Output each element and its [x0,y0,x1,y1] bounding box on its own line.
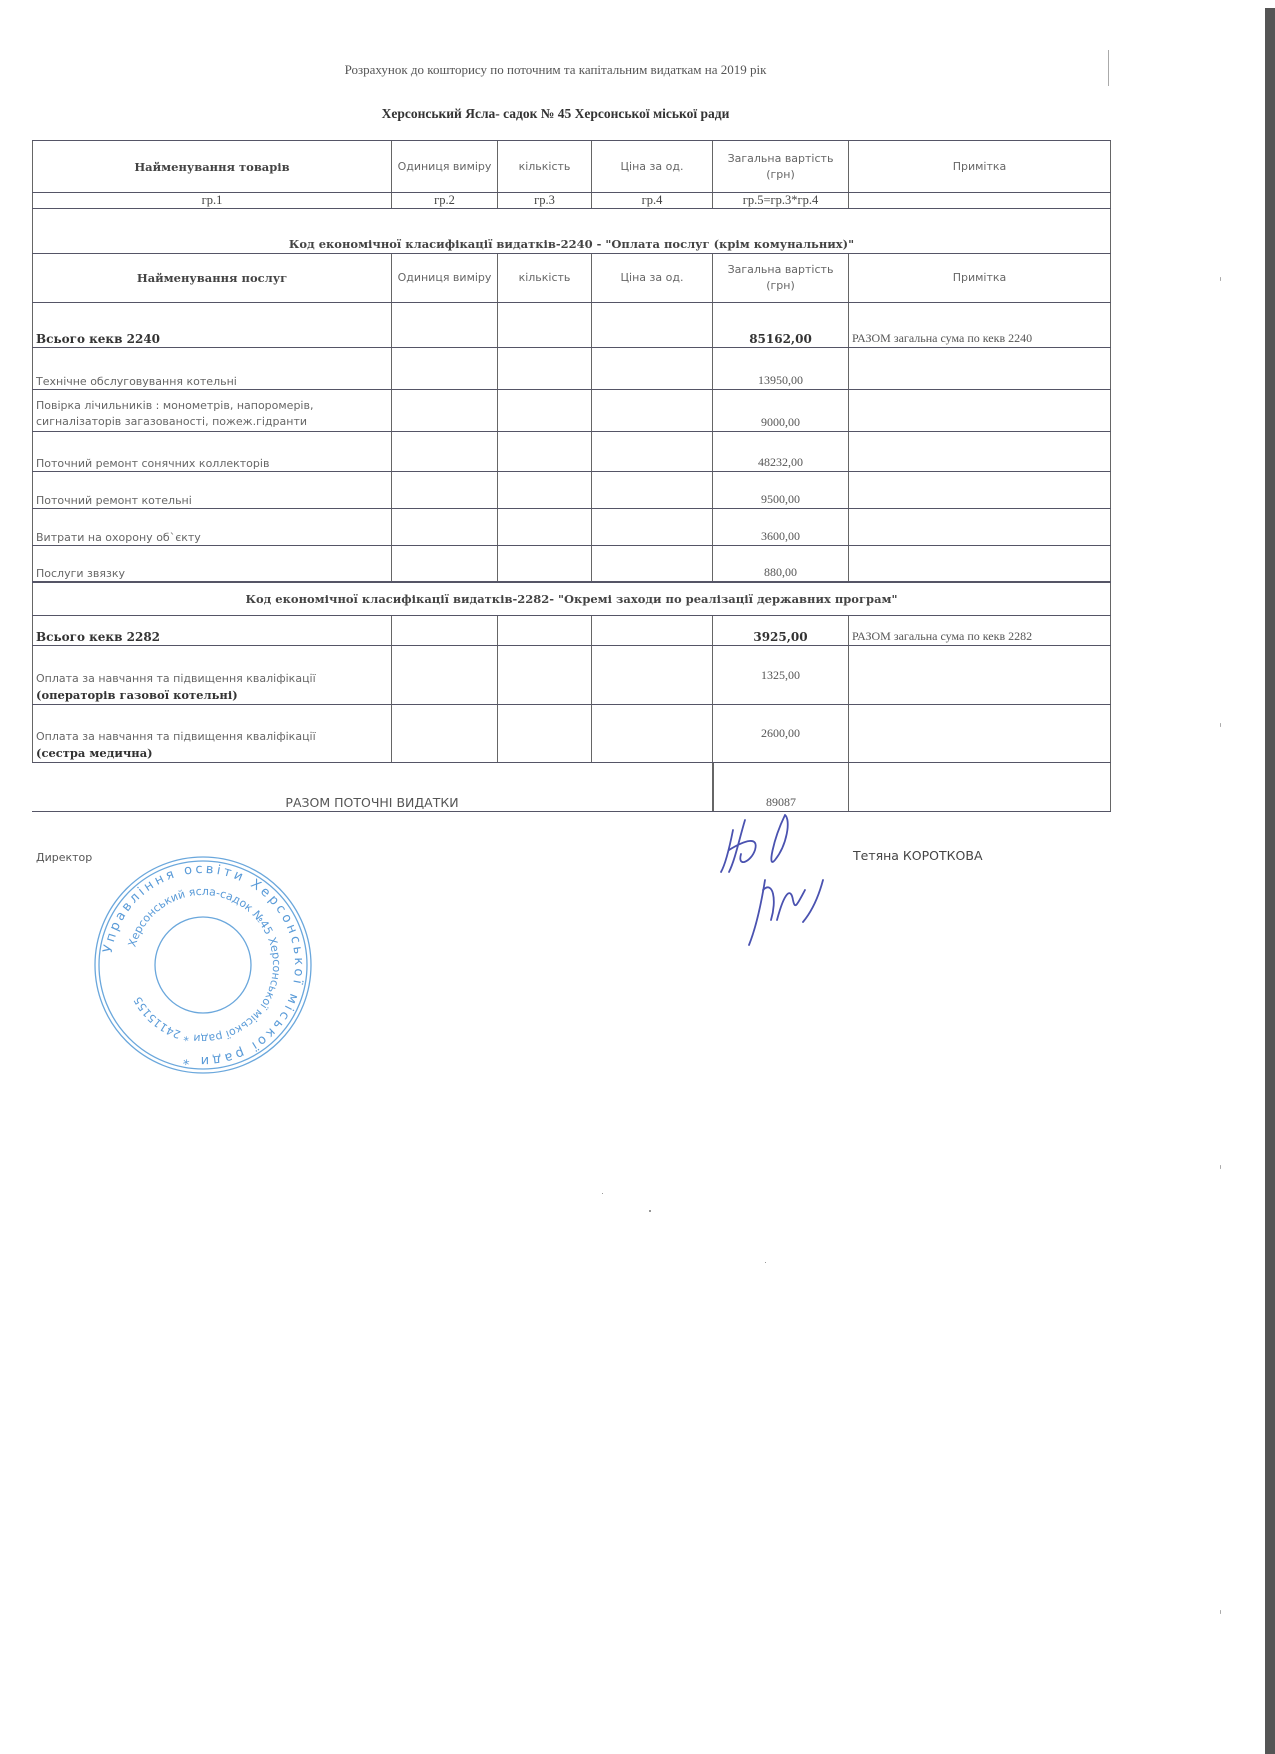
scan-speck [1220,723,1221,727]
item-price [592,390,713,431]
item-unit [392,509,498,545]
subtotal-2282-unit [392,616,498,645]
group-6 [849,193,1111,208]
item-name-line-1: Оплата за навчання та підвищення кваліфі… [36,729,316,745]
item-total: 9500,00 [713,472,849,508]
table-row: Оплата за навчання та підвищення кваліфі… [32,705,1111,763]
section-2240-title: Код економічної класифікації видатків-22… [32,209,1111,253]
item-total: 3600,00 [713,509,849,545]
table-row: Послуги звязку 880,00 [32,546,1111,583]
scan-speck [602,1193,603,1194]
services-header-name: Найменування послуг [32,254,392,302]
item-quantity [498,432,592,471]
item-note [849,646,1111,704]
item-total: 9000,00 [713,390,849,431]
subtotal-2240-note: РАЗОМ загальна сума по кекв 2240 [849,303,1111,347]
item-quantity [498,546,592,581]
item-quantity [498,509,592,545]
item-name-line-2: сигналізаторів загазованості, пожеж.гідр… [36,414,307,430]
item-note [849,390,1111,431]
item-quantity [498,348,592,389]
grand-total-row: РАЗОМ ПОТОЧНІ ВИДАТКИ 89087 [32,763,1111,812]
item-note [849,348,1111,389]
grand-total-note [849,763,1111,811]
group-3: гр.3 [498,193,592,208]
group-row: гр.1 гр.2 гр.3 гр.4 гр.5=гр.3*гр.4 [32,192,1111,209]
scan-speck [1220,277,1221,281]
item-total: 880,00 [713,546,849,581]
item-quantity [498,472,592,508]
item-total: 48232,00 [713,432,849,471]
section-2282-row: Код економічної класифікації видатків-22… [32,583,1111,616]
services-header-price: Ціна за од. [592,254,713,302]
group-1: гр.1 [32,193,392,208]
official-stamp: Управління освіти Херсонської міської ра… [88,850,318,1080]
services-header-quantity: кількість [498,254,592,302]
item-unit [392,472,498,508]
item-unit [392,390,498,431]
item-name: Послуги звязку [32,546,392,581]
handwritten-signature [715,810,855,960]
item-name: Технічне обслуговування котельні [32,348,392,389]
table-row: Поточний ремонт сонячних коллекторів 482… [32,432,1111,472]
services-header-note: Примітка [849,254,1111,302]
scan-speck [1220,1165,1221,1169]
table-row: Повірка лічильників : монометрів, напоро… [32,390,1111,432]
item-note [849,472,1111,508]
svg-text:Херсонський ясла-садок №45 Хер: Херсонський ясла-садок №45 Херсонської м… [126,885,284,1045]
services-header-unit: Одиниця виміру [392,254,498,302]
item-price [592,472,713,508]
header-note: Примітка [849,141,1111,192]
item-price [592,348,713,389]
subtotal-2282-total: 3925,00 [713,616,849,645]
subtotal-2240-price [592,303,713,347]
table-row: Технічне обслуговування котельні 13950,0… [32,348,1111,390]
item-quantity [498,390,592,431]
item-name: Поточний ремонт сонячних коллекторів [32,432,392,471]
item-unit [392,546,498,581]
scan-edge [1265,8,1275,1754]
item-quantity [498,705,592,762]
subtotal-2240-total: 85162,00 [713,303,849,347]
goods-header-row: Найменування товарів Одиниця виміру кіль… [32,140,1111,192]
item-note [849,432,1111,471]
item-name-line-2: (операторів газової котельні) [36,687,238,703]
grand-total-value: 89087 [713,763,849,811]
section-2240-row: Код економічної класифікації видатків-22… [32,209,1111,253]
subtotal-2240-quantity [498,303,592,347]
item-name-line-1: Повірка лічильників : монометрів, напоро… [36,398,313,414]
header-quantity: кількість [498,141,592,192]
table-row: Витрати на охорону об`єкту 3600,00 [32,509,1111,546]
signer-position: Директор [36,851,92,864]
subtotal-2240-unit [392,303,498,347]
item-price [592,705,713,762]
item-name-line-2: (сестра медична) [36,745,153,761]
item-unit [392,432,498,471]
header-name: Найменування товарів [32,141,392,192]
group-2: гр.2 [392,193,498,208]
group-5: гр.5=гр.3*гр.4 [713,193,849,208]
subtotal-2282-note: РАЗОМ загальна сума по кекв 2282 [849,616,1111,645]
item-unit [392,705,498,762]
signer-name: Тетяна КОРОТКОВА [853,848,983,863]
header-total: Загальна вартість (грн) [713,141,849,192]
item-name: Поточний ремонт котельні [32,472,392,508]
item-name: Повірка лічильників : монометрів, напоро… [32,390,392,431]
subtotal-2282-price [592,616,713,645]
item-unit [392,646,498,704]
item-note [849,546,1111,581]
subtotal-2282-name: Всього кекв 2282 [32,616,392,645]
organization-title: Херсонський Ясла- садок № 45 Херсонської… [0,106,1111,122]
item-price [592,509,713,545]
services-header-row: Найменування послуг Одиниця виміру кільк… [32,253,1111,303]
item-name: Витрати на охорону об`єкту [32,509,392,545]
scan-speck [649,1210,651,1212]
item-note [849,509,1111,545]
item-quantity [498,646,592,704]
item-price [592,432,713,471]
item-total: 2600,00 [713,705,849,762]
item-note [849,705,1111,762]
item-price [592,546,713,581]
section-2282-title: Код економічної класифікації видатків-22… [32,583,1111,615]
header-unit: Одиниця виміру [392,141,498,192]
item-name-line-1: Оплата за навчання та підвищення кваліфі… [36,671,316,687]
table-row: Поточний ремонт котельні 9500,00 [32,472,1111,509]
header-price: Ціна за од. [592,141,713,192]
scan-speck [1220,1610,1221,1614]
table-row: Оплата за навчання та підвищення кваліфі… [32,646,1111,705]
group-4: гр.4 [592,193,713,208]
subtotal-2240-name: Всього кекв 2240 [32,303,392,347]
item-total: 1325,00 [713,646,849,704]
item-name: Оплата за навчання та підвищення кваліфі… [32,646,392,704]
document-title: Розрахунок до кошторису по поточним та к… [0,62,1111,78]
scan-speck [765,1262,766,1263]
subtotal-2240-row: Всього кекв 2240 85162,00 РАЗОМ загальна… [32,303,1111,348]
item-price [592,646,713,704]
item-name: Оплата за навчання та підвищення кваліфі… [32,705,392,762]
item-total: 13950,00 [713,348,849,389]
subtotal-2282-row: Всього кекв 2282 3925,00 РАЗОМ загальна … [32,616,1111,646]
services-header-total: Загальна вартість (грн) [713,254,849,302]
grand-total-label: РАЗОМ ПОТОЧНІ ВИДАТКИ [32,763,713,811]
subtotal-2282-quantity [498,616,592,645]
item-unit [392,348,498,389]
